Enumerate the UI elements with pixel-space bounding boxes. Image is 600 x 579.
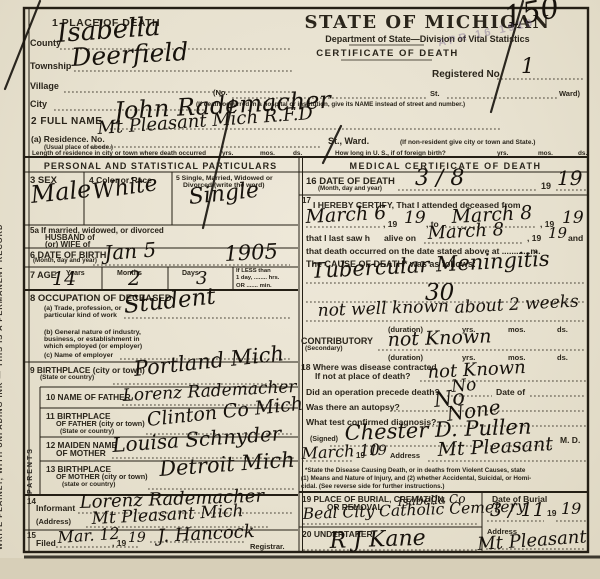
informant-label: Informant bbox=[36, 504, 75, 514]
where-contracted-label-2: If not at place of death? bbox=[315, 372, 410, 382]
mother-birthplace-sub-label: (state or country) bbox=[62, 481, 115, 488]
department-line: Department of State—Division of Vital St… bbox=[290, 34, 565, 44]
filed-year-value: 19 bbox=[128, 532, 146, 545]
certificate-title: CERTIFICATE OF DEATH bbox=[300, 49, 475, 60]
dod-year-printed: 19 bbox=[541, 181, 551, 191]
certify-number: 17 bbox=[302, 197, 311, 206]
mother-name-label-2: OF MOTHER bbox=[56, 449, 106, 458]
occupation-b-label-3: which employed (or employer) bbox=[44, 343, 142, 351]
footnote-line-2: (1) Means and Nature of Injury, and (2) … bbox=[301, 475, 531, 482]
township-value: Deerfield bbox=[71, 40, 189, 70]
duration-ds-1: ds. bbox=[557, 326, 568, 334]
informant-address-label: (Address) bbox=[36, 518, 71, 526]
burial-date-value: 3 / 11 bbox=[490, 501, 545, 519]
age-months-value: 2 bbox=[128, 269, 141, 288]
registered-no-value: 1 bbox=[521, 57, 534, 77]
filed-number: 15 bbox=[27, 532, 36, 541]
footnote-line-3: cidal. (See reverse side for further ins… bbox=[301, 483, 444, 490]
birthplace-sub-label: (State or country) bbox=[40, 374, 94, 381]
date-of-death-sub-label: (Month, day and year) bbox=[318, 186, 382, 193]
age-less-label-2: 1 day, ........ hrs. bbox=[236, 275, 279, 282]
contributory-value: not Known bbox=[387, 327, 491, 349]
registrar-label: Registrar. bbox=[250, 543, 285, 551]
city-ward-hint: Ward) bbox=[559, 90, 580, 98]
how-long-us-label: How long in U. S., if of foreign birth? bbox=[335, 150, 446, 157]
city-st-hint: St. bbox=[430, 90, 440, 98]
signed-address-label: Address bbox=[390, 452, 420, 460]
full-name-label: 2 FULL NAME bbox=[31, 116, 102, 127]
personal-section-title: PERSONAL AND STATISTICAL PARTICULARS bbox=[23, 161, 298, 171]
us-ds: ds. bbox=[578, 150, 587, 157]
st-ward-label: St., Ward. bbox=[328, 136, 369, 146]
age-less-label-3: OR ....... min. bbox=[236, 283, 272, 290]
operation-label: Did an operation precede death? bbox=[306, 388, 440, 398]
duration-ds-2: ds. bbox=[557, 354, 568, 362]
attended-from-value: March 6 bbox=[305, 204, 387, 226]
township-label: Township bbox=[30, 61, 71, 71]
death-certificate-scan: WRITE PLAINLY, WITH UNFADING INK — THIS … bbox=[0, 0, 600, 579]
occupation-a-label-2: particular kind of work bbox=[44, 312, 117, 320]
burial-year-value: 19 bbox=[561, 501, 581, 516]
dob-year-value: 1905 bbox=[224, 242, 278, 265]
us-mos: mos. bbox=[538, 150, 553, 157]
dob-value: Jan 5 bbox=[104, 240, 157, 263]
attended-from-year-value: 19 bbox=[404, 210, 426, 226]
physician-address-value: Mt Pleasant bbox=[437, 435, 553, 459]
wife-of-label: (or) WIFE of bbox=[45, 241, 90, 250]
mother-birthplace-label-2: OF MOTHER (city or town) bbox=[56, 473, 148, 481]
dob-sub-label: (Month, day and year) bbox=[33, 258, 97, 265]
parents-group-label: PARENTS bbox=[27, 398, 34, 494]
undertaker-value: R J Kane bbox=[329, 529, 426, 553]
footnote-line-1: *State the Disease Causing Death, or in … bbox=[305, 467, 525, 474]
age-years-value: 14 bbox=[52, 270, 76, 288]
last-saw-value: March 8 bbox=[427, 221, 504, 242]
last-saw-year-printed: , 19 bbox=[527, 234, 541, 244]
dod-year-value: 19 bbox=[557, 169, 582, 188]
secondary-label: (Secondary) bbox=[305, 345, 343, 352]
father-birthplace-label-2: OF FATHER (city or town) bbox=[56, 420, 145, 428]
city-label: City bbox=[30, 99, 47, 109]
cause-known-value: not well known bbox=[317, 298, 449, 319]
registered-no-label: Registered No. bbox=[432, 69, 503, 80]
filed-label: Filed bbox=[36, 539, 56, 549]
burial-year-printed: 19 bbox=[547, 509, 556, 519]
us-yrs: yrs. bbox=[497, 150, 508, 157]
father-birthplace-sub-label: (State or country) bbox=[60, 428, 114, 435]
age-less-label-1: If LESS than bbox=[236, 268, 271, 275]
filed-date-value: Mar. 12 bbox=[57, 526, 120, 545]
last-saw-year-value: 19 bbox=[548, 226, 567, 240]
registrar-signature: J. Hancock bbox=[157, 523, 255, 545]
duration-mos-1: mos. bbox=[508, 326, 526, 334]
county-label: County bbox=[30, 38, 61, 48]
length-residence-label: Length of residence in city or town wher… bbox=[32, 150, 206, 157]
occupation-c-label: (c) Name of employer bbox=[44, 352, 113, 360]
nonresident-note: (If non-resident give city or town and S… bbox=[400, 139, 535, 146]
md-label: M. D. bbox=[560, 436, 580, 446]
father-name-label: 10 NAME OF FATHER bbox=[46, 393, 131, 402]
length-ds: ds. bbox=[293, 150, 302, 157]
margin-note: WRITE PLAINLY, WITH UNFADING INK — THIS … bbox=[0, 20, 4, 550]
signed-year-value: 19 bbox=[369, 445, 387, 458]
sex-value: Male bbox=[30, 178, 93, 207]
length-yrs: yrs. bbox=[222, 150, 233, 157]
last-saw-label-2: alive on bbox=[384, 234, 416, 244]
village-label: Village bbox=[30, 81, 59, 91]
informant-number: 14 bbox=[27, 498, 36, 507]
date-of-death-value: 3 / 8 bbox=[415, 169, 464, 190]
autopsy-label: Was there an autopsy? bbox=[306, 403, 400, 413]
length-mos: mos. bbox=[260, 150, 275, 157]
last-saw-label-1: that I last saw h bbox=[306, 234, 370, 244]
operation-date-label: Date of bbox=[496, 388, 525, 398]
where-contracted-value: not Known bbox=[427, 359, 526, 381]
and-label: and bbox=[568, 234, 583, 244]
